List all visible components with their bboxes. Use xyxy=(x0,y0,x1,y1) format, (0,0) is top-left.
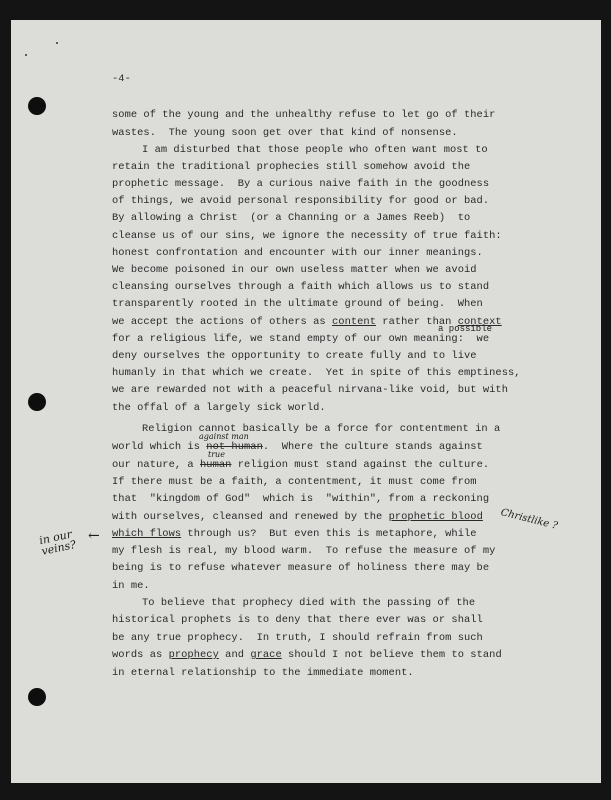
page-number: -4- xyxy=(112,73,131,85)
text-line: with ourselves, cleansed and renewed by … xyxy=(112,511,483,523)
text-line: for a religious life, we stand empty of … xyxy=(112,333,489,345)
text-segment: and xyxy=(219,649,250,661)
handwritten-annotation: against man xyxy=(199,432,249,441)
typed-insert-annotation: a possible xyxy=(438,324,492,334)
text-line: prophetic message. By a curious naive fa… xyxy=(112,178,489,190)
underlined-word: content xyxy=(332,316,376,328)
text-segment: with ourselves, cleansed and renewed by … xyxy=(112,511,382,523)
text-segment: should I not believe them to stand xyxy=(282,649,502,661)
text-line: If there must be a faith, a contentment,… xyxy=(112,476,477,488)
text-line: words as prophecy and grace should I not… xyxy=(112,649,502,661)
text-segment: our nature, a xyxy=(112,459,200,471)
text-line: honest confrontation and encounter with … xyxy=(112,247,483,259)
text-segment: we accept the actions of others as xyxy=(112,316,332,328)
speck xyxy=(56,42,58,44)
text-line: By allowing a Christ (or a Channing or a… xyxy=(112,212,470,224)
struck-word: human xyxy=(200,459,231,471)
text-segment: religion must stand against the culture. xyxy=(231,459,489,471)
text-line: retain the traditional prophecies still … xyxy=(112,161,470,173)
text-line: wastes. The young soon get over that kin… xyxy=(112,127,458,139)
text-line: some of the young and the unhealthy refu… xyxy=(112,109,495,121)
underlined-word: prophecy xyxy=(169,649,219,661)
text-line: deny ourselves the opportunity to create… xyxy=(112,350,477,362)
text-line: that "kingdom of God" which is "within",… xyxy=(112,493,489,505)
text-line: in eternal relationship to the immediate… xyxy=(112,667,414,679)
text-line: in me. xyxy=(112,580,150,592)
underlined-phrase: which flows xyxy=(112,528,181,540)
text-line: Religion cannot basically be a force for… xyxy=(112,423,500,435)
text-line: my flesh is real, my blood warm. To refu… xyxy=(112,545,495,557)
text-line: which flows through us? But even this is… xyxy=(112,528,477,540)
text-segment: world which is xyxy=(112,441,206,453)
punch-hole xyxy=(28,688,46,706)
text-line: cleansing ourselves through a faith whic… xyxy=(112,281,489,293)
punch-hole xyxy=(28,393,46,411)
text-line: we are rewarded not with a peaceful nirv… xyxy=(112,384,508,396)
text-line: of things, we avoid personal responsibil… xyxy=(112,195,489,207)
text-line: world which is not human. Where the cult… xyxy=(112,441,483,453)
text-segment: words as xyxy=(112,649,169,661)
punch-hole xyxy=(28,97,46,115)
text-line: the offal of a largely sick world. xyxy=(112,402,326,414)
text-line: humanly in that which we create. Yet in … xyxy=(112,367,521,379)
text-line: We become poisoned in our own useless ma… xyxy=(112,264,477,276)
underlined-phrase: prophetic blood xyxy=(389,511,483,523)
text-line: cleanse us of our sins, we ignore the ne… xyxy=(112,230,502,242)
text-line: being is to refuse whatever measure of h… xyxy=(112,562,489,574)
text-line: transparently rooted in the ultimate gro… xyxy=(112,298,483,310)
text-line: To believe that prophecy died with the p… xyxy=(112,597,475,609)
text-line: I am disturbed that those people who oft… xyxy=(112,144,488,156)
text-segment: . Where the culture stands against xyxy=(263,441,483,453)
arrow-icon: ← xyxy=(88,528,100,544)
text-line: our nature, a human religion must stand … xyxy=(112,459,489,471)
speck xyxy=(25,54,27,56)
text-line: historical prophets is to deny that ther… xyxy=(112,614,483,626)
text-segment: through us? But even this is metaphore, … xyxy=(181,528,476,540)
underlined-word: grace xyxy=(250,649,281,661)
handwritten-annotation: true xyxy=(208,450,225,459)
text-line: be any true prophecy. In truth, I should… xyxy=(112,632,483,644)
